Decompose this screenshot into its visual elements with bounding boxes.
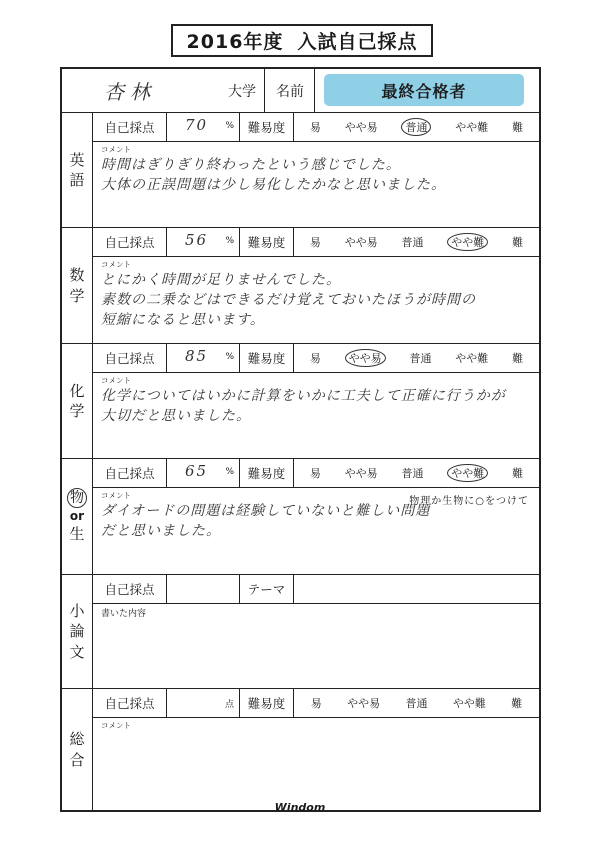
section-english: 英 語 自己採点 70% 難易度 易やや易普通やや難難 コメント 時間はぎりぎり…: [62, 113, 539, 228]
comment-area[interactable]: コメント とにかく時間が足りませんでした。 素数の二乗などはできるだけ覚えておい…: [93, 257, 539, 343]
brand-logo: Windom: [0, 801, 600, 814]
score-field[interactable]: 56%: [167, 228, 240, 256]
university-label: 大学: [228, 81, 256, 101]
section-essay: 小 論 文 自己採点 テーマ 書いた内容: [62, 575, 539, 689]
score-row: 自己採点 56% 難易度 易やや易普通やや難難: [93, 228, 539, 257]
self-score-label: 自己採点: [93, 575, 167, 603]
university-name: 杏林: [104, 76, 156, 105]
name-label: 名前: [276, 81, 304, 101]
page-title: 2016年度 入試自己採点: [171, 24, 433, 57]
comment-label: コメント: [101, 144, 531, 155]
score-row: 自己採点 テーマ: [93, 575, 539, 604]
theme-field[interactable]: [294, 575, 539, 603]
comment-area[interactable]: コメント 化学についてはいかに計算をいかに工夫して正確に行うかが 大切だと思いま…: [93, 373, 539, 458]
difficulty-label: 難易度: [240, 113, 294, 141]
score-sheet: 杏林 大学 名前 最終合格者 英 語 自己採点 70% 難易度 易やや易普通やや…: [60, 67, 541, 812]
subject-label: 数 学: [62, 228, 93, 343]
difficulty-label: 難易度: [240, 228, 294, 256]
difficulty-options[interactable]: 易やや易普通やや難難: [294, 689, 539, 717]
difficulty-label: 難易度: [240, 459, 294, 487]
difficulty-options[interactable]: 易やや易普通やや難難: [294, 344, 539, 372]
comment-area[interactable]: コメント: [93, 718, 539, 810]
subject-label: 英 語: [62, 113, 93, 227]
section-total: 総 合 自己採点 点 難易度 易やや易普通やや難難 コメント: [62, 689, 539, 810]
essay-content-area[interactable]: 書いた内容: [93, 604, 539, 688]
section-physics-biology: 物 or 生 自己採点 65% 難易度 易やや易普通やや難難 コメント ダイオー…: [62, 459, 539, 575]
section-math: 数 学 自己採点 56% 難易度 易やや易普通やや難難 コメント とにかく時間が…: [62, 228, 539, 344]
section-chemistry: 化 学 自己採点 85% 難易度 易やや易普通やや難難 コメント 化学については…: [62, 344, 539, 459]
comment-label: コメント: [101, 375, 531, 386]
subject-label: 総 合: [62, 689, 93, 810]
comment-label: コメント: [101, 720, 531, 731]
subject-label: 物 or 生: [62, 459, 93, 574]
comment-area[interactable]: コメント ダイオードの問題は経験していないと難しい問題 物理か生物に○をつけて …: [93, 488, 539, 574]
essay-content-label: 書いた内容: [101, 606, 531, 619]
comment-area[interactable]: コメント 時間はぎりぎり終わったという感じでした。 大体の正誤問題は少し易化した…: [93, 142, 539, 227]
title-year: 2016年度: [187, 27, 284, 54]
self-score-label: 自己採点: [93, 228, 167, 256]
score-field[interactable]: 85%: [167, 344, 240, 372]
comment-label: コメント: [101, 259, 531, 270]
header-row: 杏林 大学 名前 最終合格者: [62, 69, 539, 113]
score-row: 自己採点 70% 難易度 易やや易普通やや難難: [93, 113, 539, 142]
title-text: 入試自己採点: [297, 27, 417, 54]
divider: [264, 69, 265, 113]
self-score-label: 自己採点: [93, 459, 167, 487]
score-field[interactable]: 点: [167, 689, 240, 717]
score-row: 自己採点 85% 難易度 易やや易普通やや難難: [93, 344, 539, 373]
score-field[interactable]: 65%: [167, 459, 240, 487]
self-score-label: 自己採点: [93, 344, 167, 372]
subject-label: 小 論 文: [62, 575, 93, 688]
self-score-label: 自己採点: [93, 113, 167, 141]
difficulty-options[interactable]: 易やや易普通やや難難: [294, 113, 539, 141]
score-field[interactable]: [167, 575, 240, 603]
subject-label: 化 学: [62, 344, 93, 458]
self-score-label: 自己採点: [93, 689, 167, 717]
difficulty-label: 難易度: [240, 689, 294, 717]
score-row: 自己採点 65% 難易度 易やや易普通やや難難: [93, 459, 539, 488]
subject-choice-note: 物理か生物に○をつけて: [409, 492, 529, 512]
theme-label: テーマ: [240, 575, 294, 603]
name-value: 最終合格者: [324, 74, 524, 106]
score-row: 自己採点 点 難易度 易やや易普通やや難難: [93, 689, 539, 718]
difficulty-label: 難易度: [240, 344, 294, 372]
score-field[interactable]: 70%: [167, 113, 240, 141]
divider: [314, 69, 315, 113]
difficulty-options[interactable]: 易やや易普通やや難難: [294, 459, 539, 487]
difficulty-options[interactable]: 易やや易普通やや難難: [294, 228, 539, 256]
